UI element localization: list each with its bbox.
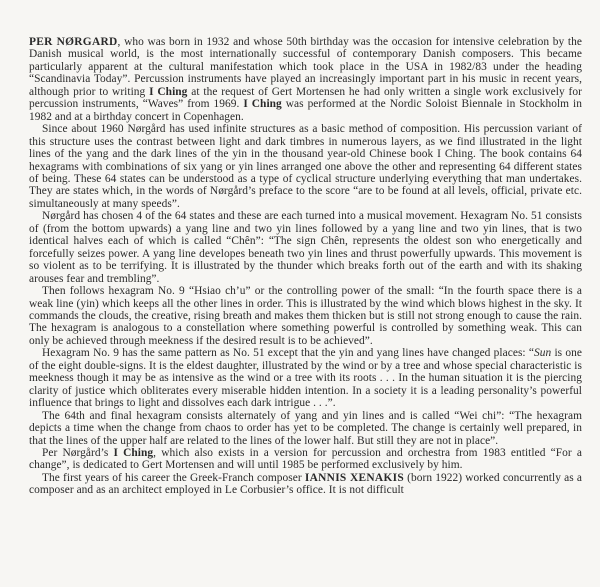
paragraph-xenakis: The first years of his career the Greek-…	[29, 472, 582, 497]
paragraph-sun: Hexagram No. 9 has the same pattern as N…	[29, 347, 582, 409]
paragraph-infinite-structures: Since about 1960 Nørgård has used infini…	[29, 123, 582, 210]
composer-name-xenakis: IANNIS XENAKIS	[305, 472, 404, 484]
paragraph-hexagram-9: Then follows hexagram No. 9 “Hsiao ch’u”…	[29, 285, 582, 347]
work-title: I Ching	[113, 447, 153, 459]
paragraph-for-a-change: Per Nørgård’s I Ching, which also exists…	[29, 447, 582, 472]
work-title: I Ching	[243, 98, 281, 110]
composer-name-norgard: PER NØRGARD	[29, 36, 118, 48]
paragraph-norgard-intro: PER NØRGARD, who was born in 1932 and wh…	[29, 36, 582, 123]
paragraph-hexagram-64: The 64th and final hexagram consists alt…	[29, 410, 582, 447]
italic-term: Sun	[534, 347, 551, 359]
paragraph-hexagram-51: Nørgård has chosen 4 of the 64 states an…	[29, 210, 582, 285]
work-title: I Ching	[149, 86, 187, 98]
document-page: PER NØRGARD, who was born in 1932 and wh…	[29, 36, 582, 497]
